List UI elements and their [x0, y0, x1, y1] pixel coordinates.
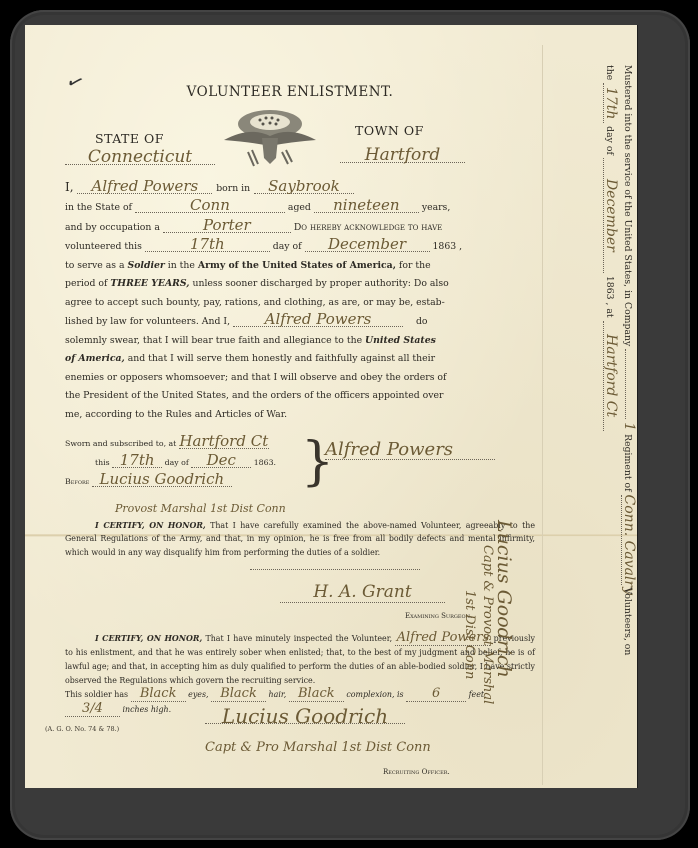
muster-state-field: Conn. Cavalry — [621, 495, 636, 585]
muster-text: Regiment of — [622, 434, 633, 491]
name-again-field: Alfred Powers — [233, 312, 403, 327]
muster-day-field: 17th — [603, 83, 618, 123]
do-label: do — [416, 316, 428, 327]
state-field: Connecticut — [65, 150, 215, 165]
muster-text: day of — [604, 126, 615, 155]
muster-month-field: December — [603, 158, 618, 273]
serve-line: to serve as a Soldier in the Army of the… — [65, 257, 535, 276]
day-of-label: day of — [273, 241, 302, 252]
state-label: STATE OF — [95, 130, 164, 149]
aged-label: aged — [288, 202, 311, 213]
certify-text: That I have minutely inspected the Volun… — [205, 634, 392, 643]
period-line: period of THREE YEARS, unless sooner dis… — [65, 275, 535, 294]
oath-day-field: 17th — [112, 453, 162, 468]
serve-text: in the — [168, 260, 195, 271]
enemies-line: enemies or opposers whomsoever; and that… — [65, 369, 535, 388]
i-label: I, — [65, 180, 74, 194]
period-text: period of — [65, 278, 107, 289]
day-of-label: day of — [165, 458, 189, 467]
serve-text: for the — [399, 260, 431, 271]
before-line: Before Lucius Goodrich — [65, 472, 535, 491]
swear-text: solemnly swear, that I will bear true fa… — [65, 335, 362, 346]
swear-line: solemnly swear, that I will bear true fa… — [65, 332, 535, 351]
surgeon-signature: H. A. Grant — [280, 583, 445, 603]
name-field: Alfred Powers — [77, 179, 212, 194]
three-years-text: THREE YEARS, — [110, 278, 189, 289]
margin-rule — [542, 45, 543, 785]
signature-rule — [250, 569, 420, 570]
company-field — [625, 349, 626, 419]
complexion-label: complexion, is — [346, 690, 403, 699]
certify-heading: I CERTIFY, ON HONOR, — [65, 521, 206, 530]
officer-rank: Capt & Pro Marshal 1st Dist Conn — [205, 739, 431, 758]
born-in-label: born in — [216, 183, 250, 194]
muster-text: Mustered into the service of the United … — [622, 65, 633, 346]
form-header: STATE OF TOWN OF Connecticut Hartford — [65, 102, 535, 172]
inches-label: inches high. — [123, 705, 172, 714]
document-title: VOLUNTEER ENLISTMENT. — [45, 83, 535, 102]
oath-section: Sworn and subscribed to, at Hartford Ct … — [65, 434, 535, 504]
occupation-line: and by occupation a Porter Do hereby ack… — [65, 218, 535, 238]
usa-text: United States — [365, 335, 436, 346]
hair-field: Black — [211, 687, 266, 702]
year-label: 1863 , — [432, 241, 462, 252]
muster-text: Volunteers, on — [622, 588, 633, 656]
period-text: unless sooner discharged by proper autho… — [192, 278, 448, 289]
usa-text: of America, — [65, 353, 125, 364]
state-of-label: in the State of — [65, 202, 132, 213]
soldier-has-label: This soldier has — [65, 690, 128, 699]
hair-label: hair, — [269, 690, 287, 699]
this-label: this — [95, 458, 110, 467]
muster-signer-title: Capt & Provost Marshal — [480, 545, 495, 704]
description-line: This soldier has Black eyes, Black hair,… — [65, 687, 535, 702]
volunteer-signature: Alfred Powers — [325, 440, 495, 460]
army-text: Army of the United States of America, — [198, 260, 396, 271]
month-field: December — [305, 237, 430, 252]
years-label: years, — [422, 202, 450, 213]
officer-signature: Lucius Goodrich — [205, 709, 405, 724]
enlistment-document: ✓ VOLUNTEER ENLISTMENT. STATE OF TOWN OF… — [25, 25, 638, 788]
complexion-field: Black — [289, 687, 344, 702]
oath-month-field: Dec — [191, 453, 251, 468]
state-age-line: in the State of Conn aged nineteen years… — [65, 198, 535, 218]
muster-line-1: Mustered into the service of the United … — [618, 65, 638, 785]
soldier-text: Soldier — [128, 260, 165, 271]
feet-field: 6 — [406, 687, 466, 702]
enlistment-form: VOLUNTEER ENLISTMENT. STATE OF TOWN OF C… — [65, 75, 535, 797]
acknowledge-label: Do hereby acknowledge to have — [294, 222, 442, 233]
eyes-label: eyes, — [188, 690, 208, 699]
recruiting-officer-label: Recruiting Officer. — [383, 763, 450, 782]
volunteer-date-line: volunteered this 17th day of December 18… — [65, 237, 535, 257]
inches-field: 3/4 — [65, 702, 120, 717]
occupation-label: and by occupation a — [65, 222, 160, 233]
form-code: (A. G. O. No. 74 & 78.) — [45, 725, 119, 733]
surgeon-certificate: I CERTIFY, ON HONOR, That I have careful… — [65, 519, 535, 560]
serve-text: to serve as a — [65, 260, 125, 271]
birth-state-field: Conn — [135, 198, 285, 213]
muster-text: the — [604, 65, 615, 80]
sworn-label: Sworn and subscribed to, at — [65, 439, 176, 448]
age-field: nineteen — [314, 198, 419, 213]
eagle-emblem-icon — [220, 108, 320, 170]
before-label: Before — [65, 477, 89, 486]
sworn-place-field: Hartford Ct — [179, 434, 269, 449]
president-line: the President of the United States, and … — [65, 387, 535, 406]
birthplace-field: Saybrook — [254, 179, 354, 194]
occupation-field: Porter — [163, 218, 291, 233]
officer-signature-block: Lucius Goodrich Capt & Pro Marshal 1st D… — [65, 717, 535, 797]
before-name-field: Lucius Goodrich — [92, 472, 232, 487]
regiment-number: 1 — [621, 422, 637, 431]
serve-honestly-text: and that I will serve them honestly and … — [128, 353, 435, 364]
town-field: Hartford — [340, 148, 465, 163]
serve-honestly-line: of America, and that I will serve them h… — [65, 350, 535, 369]
muster-text: 1863 , at — [604, 276, 615, 318]
oath-year-label: 1863. — [254, 458, 276, 467]
certify-heading: I CERTIFY, ON HONOR, — [65, 634, 202, 643]
muster-line-2: the 17th day of December 1863 , at Hartf… — [600, 65, 618, 785]
muster-place-field: Hartford Ct — [603, 321, 618, 431]
muster-signature: Lucius Goodrich — [493, 520, 515, 678]
name-line: I, Alfred Powers born in Saybrook — [65, 178, 535, 199]
lished-line: lished by law for volunteers. And I, Alf… — [65, 312, 535, 332]
volunteered-label: volunteered this — [65, 241, 142, 252]
rules-line: me, according to the Rules and Articles … — [65, 406, 535, 425]
muster-signer-district: 1st Dist Conn — [462, 590, 477, 679]
day-field: 17th — [145, 237, 270, 252]
eyes-field: Black — [131, 687, 186, 702]
lished-text: lished by law for volunteers. And I, — [65, 316, 230, 327]
muster-section: Mustered into the service of the United … — [600, 65, 638, 785]
town-label: TOWN OF — [355, 122, 424, 141]
